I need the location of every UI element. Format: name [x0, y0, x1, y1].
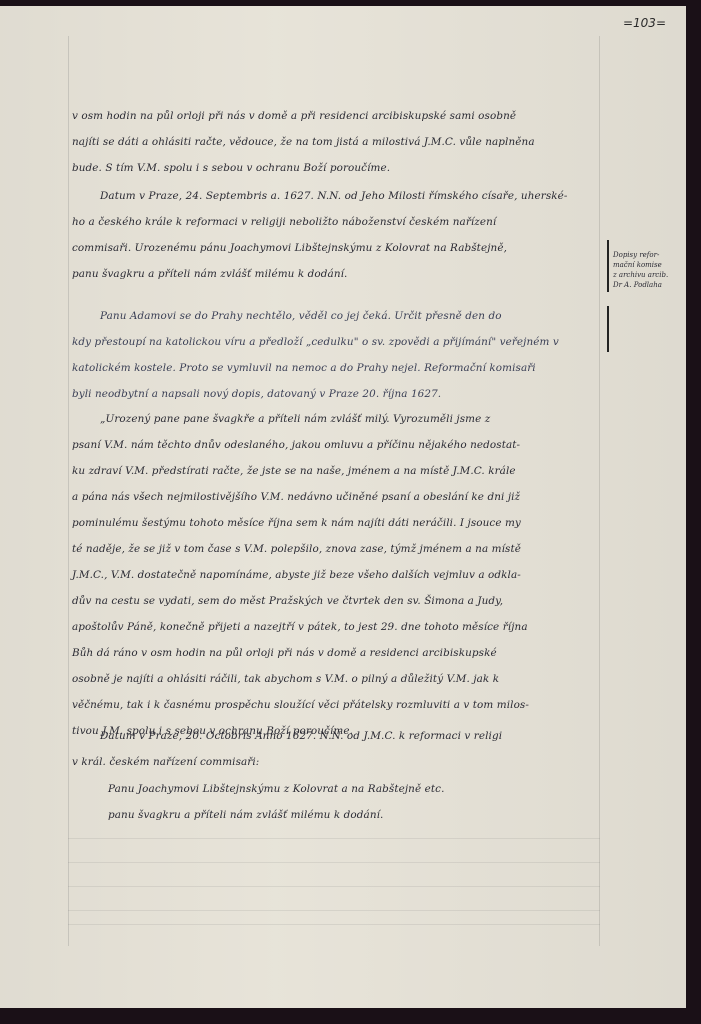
text-line: „Urozený pane pane švagkře a příteli nám… [72, 406, 612, 432]
text-line: katolickém kostele. Proto se vymluvil na… [72, 355, 612, 381]
sidenote-bar [607, 240, 609, 292]
text-line: dův na cestu se vydati, sem do měst Praž… [72, 588, 612, 614]
margin-sidenote: Dopisy refor- mační komise z archivu arc… [613, 250, 693, 290]
text-line: ho a českého krále k reformaci v religij… [72, 209, 612, 235]
paragraph-4-letter: „Urozený pane pane švagkře a příteli nám… [72, 406, 612, 744]
text-line: Datum v Praze, 24. Septembris a. 1627. N… [72, 183, 612, 209]
text-line: Panu Adamovi se do Prahy nechtělo, věděl… [72, 303, 612, 329]
text-line: J.M.C., V.M. dostatečně napomínáme, abys… [72, 562, 612, 588]
text-line: Datum v Praze, 20. Octobris Anno 1627. N… [72, 723, 612, 749]
sidenote-line: Dopisy refor- [613, 250, 693, 260]
text-line: najíti se dáti a ohlásiti račte, vědouce… [72, 129, 612, 155]
paragraph-5-datum: Datum v Praze, 20. Octobris Anno 1627. N… [72, 723, 612, 775]
text-line: té naděje, že se již v tom čase s V.M. p… [72, 536, 612, 562]
paragraph-6-address: Panu Joachymovi Libštejnskýmu z Kolovrat… [72, 776, 612, 828]
ruled-line [68, 838, 600, 839]
text-line: bude. S tím V.M. spolu i s sebou v ochra… [72, 155, 612, 181]
paragraph-1: v osm hodin na půl orloji při nás v domě… [72, 103, 612, 181]
ruled-line [68, 910, 600, 911]
ruled-line [68, 886, 600, 887]
text-line: v osm hodin na půl orloji při nás v domě… [72, 103, 612, 129]
text-line: panu švagkru a příteli nám zvlášť milému… [72, 802, 612, 828]
sidenote-line: mační komise [613, 260, 693, 270]
paragraph-3-commentary: Panu Adamovi se do Prahy nechtělo, věděl… [72, 303, 612, 407]
text-line: kdy přestoupí na katolickou víru a předl… [72, 329, 612, 355]
text-line: commisaři. Urozenému pánu Joachymovi Lib… [72, 235, 612, 261]
paragraph-2-datum: Datum v Praze, 24. Septembris a. 1627. N… [72, 183, 612, 287]
ruled-line [68, 862, 600, 863]
text-line: byli neodbytní a napsali nový dopis, dat… [72, 381, 612, 407]
sidenote-bar [607, 306, 609, 352]
text-line: Panu Joachymovi Libštejnskýmu z Kolovrat… [72, 776, 612, 802]
text-line: psaní V.M. nám těchto dnův odeslaného, j… [72, 432, 612, 458]
text-line: panu švagkru a příteli nám zvlášť milému… [72, 261, 612, 287]
document-page: =103= v osm hodin na půl orloji při nás … [0, 6, 688, 1008]
page-edge [686, 0, 701, 1024]
sidenote-line: Dr A. Podlaha [613, 280, 693, 290]
sidenote-line: z archivu arcib. [613, 270, 693, 280]
text-line: ku zdraví V.M. předstírati račte, že jst… [72, 458, 612, 484]
left-margin-rule [68, 36, 69, 946]
text-line: Bůh dá ráno v osm hodin na půl orloji př… [72, 640, 612, 666]
text-line: věčnému, tak i k časnému prospěchu slouž… [72, 692, 612, 718]
page-number: =103= [623, 16, 666, 30]
ruled-line [68, 924, 600, 925]
text-line: pominulému šestýmu tohoto měsíce října s… [72, 510, 612, 536]
text-line: v král. českém nařízení commisaři: [72, 749, 612, 775]
text-line: osobně je najíti a ohlásiti ráčili, tak … [72, 666, 612, 692]
text-line: a pána nás všech nejmilostivějšího V.M. … [72, 484, 612, 510]
text-line: apoštolův Páně, konečně přijeti a nazejt… [72, 614, 612, 640]
